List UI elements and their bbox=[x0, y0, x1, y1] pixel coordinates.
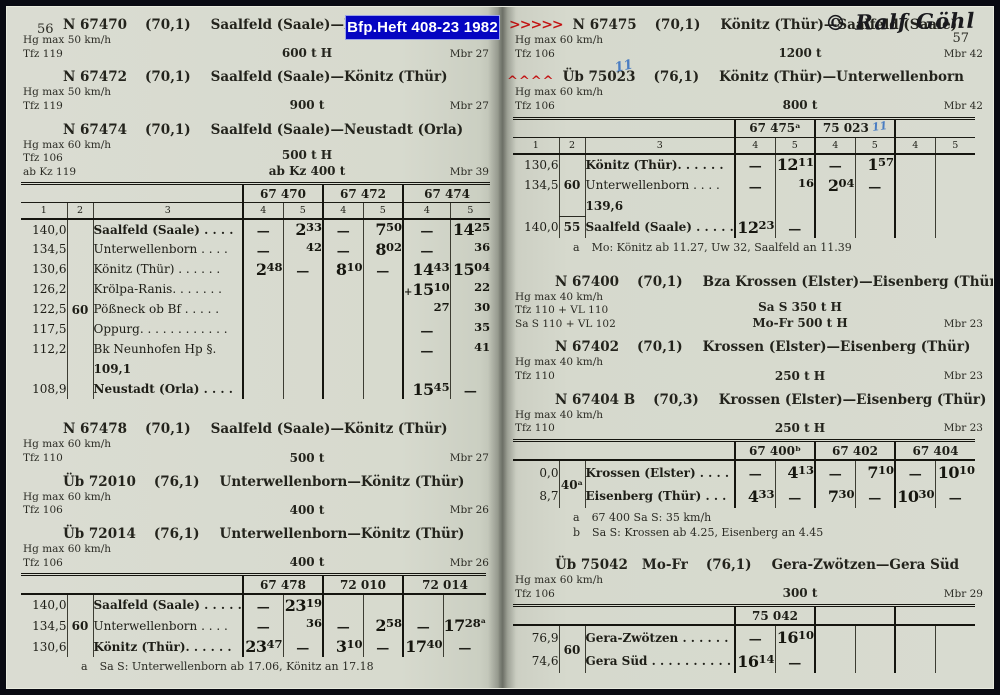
spec-line: Hg max 60 km/h bbox=[23, 139, 181, 153]
km-cell: 134,5 bbox=[21, 615, 67, 636]
station-cell: Unterwellenborn . . . . bbox=[585, 175, 735, 196]
load-lines: 500 t bbox=[181, 450, 433, 466]
spec-lines: Hg max 60 km/h Tfz 106 bbox=[515, 86, 673, 113]
station-cell: Krossen (Elster) . . . . bbox=[585, 460, 735, 484]
time-cell: 35 bbox=[450, 319, 490, 339]
col-number: 2 bbox=[67, 203, 93, 220]
train-spec: Hg max 40 km/h Tfz 110 250 t H Mbr 23 bbox=[515, 356, 983, 383]
load-lines: 400 t bbox=[181, 554, 433, 570]
time-cell: — bbox=[403, 319, 450, 339]
time-cell: 1545 bbox=[403, 379, 450, 399]
km-cell: 130,6 bbox=[513, 154, 559, 175]
time-cell bbox=[735, 196, 775, 217]
station-cell: Saalfeld (Saale) . . . . . bbox=[585, 217, 735, 238]
km-cell: 112,2 bbox=[21, 339, 67, 359]
speed-cell: 40ᵃ bbox=[559, 460, 585, 508]
time-cell: — bbox=[403, 615, 443, 636]
load-lines: 250 t H bbox=[673, 368, 927, 384]
train-number bbox=[895, 118, 975, 137]
table-row: 130,660Könitz (Thür). . . . . .—1211—157 bbox=[513, 154, 975, 175]
train-spec: Hg max 60 km/h Tfz 106 ab Kz 119 500 t H… bbox=[23, 139, 489, 180]
time-cell bbox=[935, 625, 975, 649]
spec-line: Tfz 106 bbox=[515, 100, 673, 114]
time-cell: — bbox=[815, 154, 855, 175]
time-cell: — bbox=[735, 625, 775, 649]
footnote-text: Mo: Könitz ab 11.27, Uw 32, Saalfeld an … bbox=[592, 241, 852, 254]
spec-lines: Hg max 60 km/h Tfz 106 ab Kz 119 bbox=[23, 139, 181, 180]
time-cell: 27 bbox=[403, 299, 450, 319]
time-cell bbox=[935, 217, 975, 238]
km-cell: 134,5 bbox=[513, 175, 559, 196]
time-cell: — bbox=[323, 219, 363, 239]
spec-line: Hg max 40 km/h bbox=[515, 291, 673, 305]
train-heading: Üb 75042 Mo-Fr (76,1) Gera-Zwötzen—Gera … bbox=[499, 557, 993, 573]
time-cell: — bbox=[243, 615, 283, 636]
train-id: N 67478 bbox=[63, 421, 127, 437]
time-cell: — bbox=[283, 259, 323, 279]
time-cell bbox=[283, 359, 323, 379]
load-line: ab Kz 400 t bbox=[181, 163, 433, 179]
col-number: 4 bbox=[243, 203, 283, 220]
spec-lines: Hg max 40 km/h Tfz 110 bbox=[515, 356, 673, 383]
train-number: 67 472 bbox=[323, 184, 403, 203]
station-cell: Könitz (Thür). . . . . . bbox=[93, 636, 243, 657]
handwritten-annotation: 11 bbox=[871, 119, 888, 134]
mbr-label: Mbr 29 bbox=[927, 588, 983, 602]
station-cell: Krölpa-Ranis. . . . . . . bbox=[93, 279, 243, 299]
time-cell: 1610 bbox=[775, 625, 815, 649]
header-spacer bbox=[513, 441, 735, 461]
page-number: 56 bbox=[37, 22, 54, 37]
time-cell: — bbox=[855, 175, 895, 196]
timetable-left-1: 67 470 67 472 67 474 1 2 3 4 5 4 5 4 5 bbox=[21, 182, 490, 399]
time-cell: 42 bbox=[283, 239, 323, 259]
time-cell: 1443 bbox=[403, 259, 450, 279]
time-cell: — bbox=[323, 615, 363, 636]
train-spec: Hg max 60 km/h Tfz 110 500 t Mbr 27 bbox=[23, 438, 489, 465]
train-number: 72 014 bbox=[403, 575, 486, 595]
footnote-label: a bbox=[573, 511, 580, 524]
train-heading: Üb 72014 (76,1) Unterwellenborn—Könitz (… bbox=[7, 526, 499, 542]
train-gauge: (70,1) bbox=[145, 421, 191, 437]
train-number: 75 042 bbox=[735, 606, 815, 626]
train-spec: Hg max 60 km/h Tfz 106 400 t Mbr 26 bbox=[23, 491, 489, 518]
speed-cell: 60 bbox=[67, 594, 93, 657]
time-cell bbox=[855, 196, 895, 217]
col-number: 5 bbox=[775, 137, 815, 154]
km-cell: 140,0 bbox=[21, 219, 67, 239]
time-cell: 413 bbox=[775, 460, 815, 484]
time-cell bbox=[283, 299, 323, 319]
load-line: Mo-Fr 500 t H bbox=[673, 315, 927, 331]
km-cell: 140,0 bbox=[513, 217, 559, 238]
time-cell: 1223 bbox=[735, 217, 775, 238]
col-number: 2 bbox=[559, 137, 585, 154]
load-lines: 900 t bbox=[181, 97, 433, 113]
footnote-label: a bbox=[81, 660, 88, 673]
footnote: aMo: Könitz ab 11.27, Uw 32, Saalfeld an… bbox=[573, 241, 993, 254]
train-id: N 67400 bbox=[555, 274, 619, 290]
km-cell: 130,6 bbox=[21, 636, 67, 657]
train-heading: ^^^^ Üb 75023 11 (76,1) Könitz (Thür)—Un… bbox=[499, 69, 993, 85]
mbr-label: Mbr 27 bbox=[433, 100, 489, 114]
spec-line: Hg max 60 km/h bbox=[515, 34, 673, 48]
time-cell bbox=[243, 339, 283, 359]
train-heading: N 67402 (70,1) Krossen (Elster)—Eisenber… bbox=[499, 339, 993, 355]
time-cell bbox=[363, 359, 403, 379]
table-row: 140,060Saalfeld (Saale) . . . . .—2319 bbox=[21, 594, 486, 615]
time-cell: — bbox=[283, 636, 323, 657]
train-number: 67 402 bbox=[815, 441, 895, 461]
spec-line: Hg max 50 km/h bbox=[23, 86, 181, 100]
train-route: Könitz (Thür)—Unterwellenborn bbox=[719, 69, 964, 85]
time-cell bbox=[243, 299, 283, 319]
header-spacer bbox=[513, 118, 735, 137]
spec-line: Hg max 60 km/h bbox=[23, 543, 181, 557]
time-cell: — bbox=[243, 594, 283, 615]
time-cell: — bbox=[403, 239, 450, 259]
spec-lines: Hg max 60 km/h Tfz 106 bbox=[515, 34, 673, 61]
station-cell: Gera-Zwötzen . . . . . . bbox=[585, 625, 735, 649]
train-id: Üb 72014 bbox=[63, 526, 136, 542]
train-id: N 67474 bbox=[63, 122, 127, 138]
train-route: Saalfeld (Saale)—Könitz (Thür) bbox=[211, 69, 448, 85]
spec-line: Sa S 110 + VL 102 bbox=[515, 318, 673, 332]
station-cell: Saalfeld (Saale) . . . . . bbox=[93, 594, 243, 615]
time-cell bbox=[935, 649, 975, 673]
time-cell: 157 bbox=[855, 154, 895, 175]
train-number: 72 010 bbox=[323, 575, 403, 595]
spec-lines: Hg max 60 km/h Tfz 106 bbox=[23, 543, 181, 570]
time-cell bbox=[283, 279, 323, 299]
speed-cell: 60 bbox=[67, 219, 93, 399]
train-number: 67 400ᵇ bbox=[735, 441, 815, 461]
spec-line: Hg max 60 km/h bbox=[515, 574, 673, 588]
time-cell: — bbox=[450, 379, 490, 399]
time-cell: 802 bbox=[363, 239, 403, 259]
load-line: 400 t bbox=[181, 554, 433, 570]
load-line: 250 t H bbox=[673, 368, 927, 384]
train-route: Krossen (Elster)—Eisenberg (Thür) bbox=[703, 339, 971, 355]
time-cell bbox=[283, 339, 323, 359]
spec-lines: Hg max 40 km/h Tfz 110 + VL 110 Sa S 110… bbox=[515, 291, 673, 332]
time-cell: 22 bbox=[450, 279, 490, 299]
train-number: 67 478 bbox=[243, 575, 323, 595]
train-gauge: (70,1) bbox=[145, 122, 191, 138]
mbr-label: Mbr 23 bbox=[927, 370, 983, 384]
spec-line: Hg max 60 km/h bbox=[23, 438, 181, 452]
train-id: N 67402 bbox=[555, 339, 619, 355]
footnote-text: Sa S: Unterwellenborn ab 17.06, Könitz a… bbox=[100, 660, 374, 673]
load-lines: 1200 t bbox=[673, 45, 927, 61]
train-spec: Hg max 60 km/h Tfz 106 800 t Mbr 42 bbox=[515, 86, 983, 113]
load-lines: 250 t H bbox=[673, 420, 927, 436]
scanned-timetable-spread: 56 N 67470 (70,1) Saalfeld (Saale)—Könit… bbox=[0, 0, 1000, 695]
time-cell bbox=[855, 625, 895, 649]
load-lines: 400 t bbox=[181, 502, 433, 518]
col-number: 5 bbox=[855, 137, 895, 154]
train-heading: N 67472 (70,1) Saalfeld (Saale)—Könitz (… bbox=[7, 69, 499, 85]
train-id: N 67475 bbox=[573, 17, 637, 33]
col-number: 3 bbox=[585, 137, 735, 154]
header-spacer bbox=[21, 184, 243, 203]
km-cell: 0,0 bbox=[513, 460, 559, 484]
train-number: 67 404 bbox=[895, 441, 975, 461]
train-route: Krossen (Elster)—Eisenberg (Thür) bbox=[719, 392, 987, 408]
time-cell bbox=[403, 359, 450, 379]
column-number-row: 1 2 3 4 5 4 5 4 5 bbox=[513, 137, 975, 154]
time-cell bbox=[363, 279, 403, 299]
mbr-label: Mbr 39 bbox=[433, 166, 489, 180]
mbr-label: Mbr 42 bbox=[927, 100, 983, 114]
time-cell: 433 bbox=[735, 484, 775, 508]
spec-line: Tfz 106 bbox=[23, 152, 181, 166]
spec-line: Tfz 106 bbox=[23, 557, 181, 571]
time-cell: — bbox=[323, 239, 363, 259]
spec-line: Tfz 106 bbox=[515, 588, 673, 602]
time-cell bbox=[855, 649, 895, 673]
time-cell bbox=[323, 339, 363, 359]
time-cell bbox=[243, 359, 283, 379]
mbr-label: Mbr 23 bbox=[927, 318, 983, 332]
time-cell: 1504 bbox=[450, 259, 490, 279]
footnote-text: 67 400 Sa S: 35 km/h bbox=[592, 511, 712, 524]
station-cell: Unterwellenborn . . . . bbox=[93, 615, 243, 636]
train-spec: Hg max 50 km/h Tfz 119 900 t Mbr 27 bbox=[23, 86, 489, 113]
heft-stamp: Bfp.Heft 408-23 1982 bbox=[345, 15, 500, 40]
time-cell: 1030 bbox=[895, 484, 935, 508]
footnote-label: a bbox=[573, 241, 580, 254]
train-gauge: (76,1) bbox=[154, 526, 200, 542]
spec-line: Tfz 119 bbox=[23, 48, 181, 62]
time-cell bbox=[815, 217, 855, 238]
time-cell: 233 bbox=[283, 219, 323, 239]
col-number: 1 bbox=[513, 137, 559, 154]
time-cell bbox=[363, 319, 403, 339]
load-line: 500 t bbox=[181, 450, 433, 466]
time-cell: 2319 bbox=[283, 594, 323, 615]
col-number: 1 bbox=[21, 203, 67, 220]
train-id: N 67472 bbox=[63, 69, 127, 85]
table-row: 140,055Saalfeld (Saale) . . . . .1223— bbox=[513, 217, 975, 238]
time-cell: 1425 bbox=[450, 219, 490, 239]
station-cell: Könitz (Thür). . . . . . bbox=[585, 154, 735, 175]
time-cell: — bbox=[855, 484, 895, 508]
time-cell bbox=[363, 339, 403, 359]
spec-line: Tfz 110 + VL 110 bbox=[515, 304, 673, 318]
time-cell: 810 bbox=[323, 259, 363, 279]
footnote-label: b bbox=[573, 526, 580, 539]
spec-lines: Hg max 50 km/h Tfz 119 bbox=[23, 86, 181, 113]
time-cell: — bbox=[775, 217, 815, 238]
spec-lines: Hg max 60 km/h Tfz 110 bbox=[23, 438, 181, 465]
col-number: 5 bbox=[283, 203, 323, 220]
time-cell: — bbox=[735, 154, 775, 175]
time-cell bbox=[450, 359, 490, 379]
train-gauge: (70,3) bbox=[653, 392, 699, 408]
time-cell: — bbox=[243, 219, 283, 239]
train-spec: Hg max 60 km/h Tfz 106 400 t Mbr 26 bbox=[23, 543, 489, 570]
load-line: 1200 t bbox=[673, 45, 927, 61]
time-cell bbox=[895, 175, 935, 196]
km-cell: 122,5 bbox=[21, 299, 67, 319]
load-lines: 300 t bbox=[673, 585, 927, 601]
page-number: 57 bbox=[952, 31, 969, 46]
time-cell: — bbox=[403, 219, 450, 239]
station-cell: 109,1 bbox=[93, 359, 243, 379]
train-number: 67 470 bbox=[243, 184, 323, 203]
train-spec: Hg max 40 km/h Tfz 110 250 t H Mbr 23 bbox=[515, 409, 983, 436]
footnote-text: Sa S: Krossen ab 4.25, Eisenberg an 4.45 bbox=[592, 526, 823, 539]
col-number: 5 bbox=[363, 203, 403, 220]
time-cell: 730 bbox=[815, 484, 855, 508]
time-cell bbox=[283, 319, 323, 339]
spec-line: Hg max 40 km/h bbox=[515, 356, 673, 370]
col-number: 4 bbox=[895, 137, 935, 154]
train-gauge: (76,1) bbox=[154, 474, 200, 490]
column-number-row: 1 2 3 4 5 4 5 4 5 bbox=[21, 203, 490, 220]
time-cell: — bbox=[815, 460, 855, 484]
time-cell: +1510 bbox=[403, 279, 450, 299]
time-cell: 710 bbox=[855, 460, 895, 484]
time-cell bbox=[895, 649, 935, 673]
km-cell: 108,9 bbox=[21, 379, 67, 399]
time-cell bbox=[323, 359, 363, 379]
train-number: 75 02311 bbox=[815, 118, 895, 137]
copyright-handwriting: © Ralf Göhl bbox=[824, 8, 975, 36]
time-cell bbox=[363, 594, 403, 615]
footnote: a67 400 Sa S: 35 km/h bbox=[573, 511, 993, 524]
train-number bbox=[895, 606, 975, 626]
time-cell bbox=[895, 154, 935, 175]
station-cell: Saalfeld (Saale) . . . . bbox=[93, 219, 243, 239]
spec-lines: Hg max 60 km/h Tfz 106 bbox=[515, 574, 673, 601]
time-cell bbox=[403, 594, 443, 615]
time-cell bbox=[815, 625, 855, 649]
time-cell bbox=[323, 379, 363, 399]
table-row: 140,060Saalfeld (Saale) . . . .—233—750—… bbox=[21, 219, 490, 239]
paper: 56 N 67470 (70,1) Saalfeld (Saale)—Könit… bbox=[7, 7, 993, 688]
time-cell bbox=[243, 319, 283, 339]
km-cell: 126,2 bbox=[21, 279, 67, 299]
load-lines: 800 t bbox=[673, 97, 927, 113]
train-route: Saalfeld (Saale)—Neustadt (Orla) bbox=[211, 122, 464, 138]
time-cell: 41 bbox=[450, 339, 490, 359]
train-route: Gera-Zwötzen—Gera Süd bbox=[772, 557, 960, 573]
timetable-right-3: 75 042 76,960Gera-Zwötzen . . . . . .—16… bbox=[513, 604, 975, 673]
spec-line: Tfz 106 bbox=[515, 48, 673, 62]
time-cell bbox=[443, 594, 486, 615]
spec-line: Tfz 119 bbox=[23, 100, 181, 114]
col-number: 3 bbox=[93, 203, 243, 220]
timetable-right-1: 67 475ᵃ 75 02311 1 2 3 4 5 4 5 4 5 bbox=[513, 117, 975, 238]
table-row: 0,040ᵃKrossen (Elster) . . . .—413—710—1… bbox=[513, 460, 975, 484]
time-cell bbox=[323, 279, 363, 299]
train-gauge: (70,1) bbox=[145, 69, 191, 85]
station-cell: Pößneck ob Bf . . . . . bbox=[93, 299, 243, 319]
header-spacer bbox=[513, 606, 735, 626]
station-cell: Bk Neunhofen Hp §. bbox=[93, 339, 243, 359]
time-cell: — bbox=[735, 460, 775, 484]
time-cell: 258 bbox=[363, 615, 403, 636]
train-spec: Hg max 60 km/h Tfz 106 300 t Mbr 29 bbox=[515, 574, 983, 601]
train-route: Saalfeld (Saale)—Könitz (Thür) bbox=[211, 421, 448, 437]
timetable-left-2: 67 478 72 010 72 014 140,060Saalfeld (Sa… bbox=[21, 573, 486, 657]
train-number bbox=[815, 606, 895, 626]
table-row: 76,960Gera-Zwötzen . . . . . .—1610 bbox=[513, 625, 975, 649]
time-cell: 750 bbox=[363, 219, 403, 239]
mbr-label: Mbr 23 bbox=[927, 422, 983, 436]
col-number: 4 bbox=[815, 137, 855, 154]
spec-lines: Hg max 40 km/h Tfz 110 bbox=[515, 409, 673, 436]
time-cell bbox=[243, 279, 283, 299]
load-line: Sa S 350 t H bbox=[673, 299, 927, 315]
time-cell bbox=[895, 625, 935, 649]
train-route: Unterwellenborn—Könitz (Thür) bbox=[220, 526, 465, 542]
km-cell: 140,0 bbox=[21, 594, 67, 615]
train-route: Bza Krossen (Elster)—Eisenberg (Thür) bbox=[703, 274, 993, 290]
time-cell bbox=[895, 217, 935, 238]
train-spec: Hg max 40 km/h Tfz 110 + VL 110 Sa S 110… bbox=[515, 291, 983, 332]
spec-lines: Hg max 60 km/h Tfz 106 bbox=[23, 491, 181, 518]
km-cell: 74,6 bbox=[513, 649, 559, 673]
time-cell: — bbox=[775, 484, 815, 508]
time-cell: 1740 bbox=[403, 636, 443, 657]
train-id: Üb 75042 bbox=[555, 557, 628, 573]
train-number: 67 474 bbox=[403, 184, 490, 203]
spec-line: Hg max 40 km/h bbox=[515, 409, 673, 423]
time-cell: 36 bbox=[283, 615, 323, 636]
time-cell: — bbox=[363, 636, 403, 657]
timetable-right-2: 67 400ᵇ 67 402 67 404 0,040ᵃKrossen (Els… bbox=[513, 439, 975, 508]
train-heading: N 67400 (70,1) Bza Krossen (Elster)—Eise… bbox=[499, 274, 993, 290]
km-cell: 117,5 bbox=[21, 319, 67, 339]
load-lines: 600 t H bbox=[181, 45, 433, 61]
spec-line: Tfz 106 bbox=[23, 504, 181, 518]
train-number: 67 475ᵃ bbox=[735, 118, 815, 137]
train-number-row: 67 400ᵇ 67 402 67 404 bbox=[513, 441, 975, 461]
col-number: 4 bbox=[403, 203, 450, 220]
time-cell: 36 bbox=[450, 239, 490, 259]
train-number-text: 75 023 bbox=[823, 121, 869, 135]
mbr-label: Mbr 26 bbox=[433, 557, 489, 571]
time-cell: 310 bbox=[323, 636, 363, 657]
km-cell bbox=[21, 359, 67, 379]
train-gauge: (70,1) bbox=[637, 274, 683, 290]
spec-line: Tfz 110 bbox=[515, 370, 673, 384]
train-id: N 67470 bbox=[63, 17, 127, 33]
train-number-row: 75 042 bbox=[513, 606, 975, 626]
page-56: 56 N 67470 (70,1) Saalfeld (Saale)—Könit… bbox=[7, 7, 499, 688]
km-cell: 134,5 bbox=[21, 239, 67, 259]
time-cell bbox=[935, 175, 975, 196]
spec-line: Hg max 60 km/h bbox=[23, 491, 181, 505]
km-cell: 76,9 bbox=[513, 625, 559, 649]
time-cell: — bbox=[735, 175, 775, 196]
time-cell bbox=[935, 154, 975, 175]
col-number: 4 bbox=[735, 137, 775, 154]
spec-line: Tfz 110 bbox=[23, 452, 181, 466]
time-cell: — bbox=[775, 649, 815, 673]
station-cell: 139,6 bbox=[585, 196, 735, 217]
time-cell bbox=[895, 196, 935, 217]
station-cell: Oppurg. . . . . . . . . . . . bbox=[93, 319, 243, 339]
km-cell: 8,7 bbox=[513, 484, 559, 508]
time-cell: — bbox=[443, 636, 486, 657]
time-cell: 248 bbox=[243, 259, 283, 279]
speed-cell: 60 bbox=[559, 154, 585, 217]
load-line: 900 t bbox=[181, 97, 433, 113]
